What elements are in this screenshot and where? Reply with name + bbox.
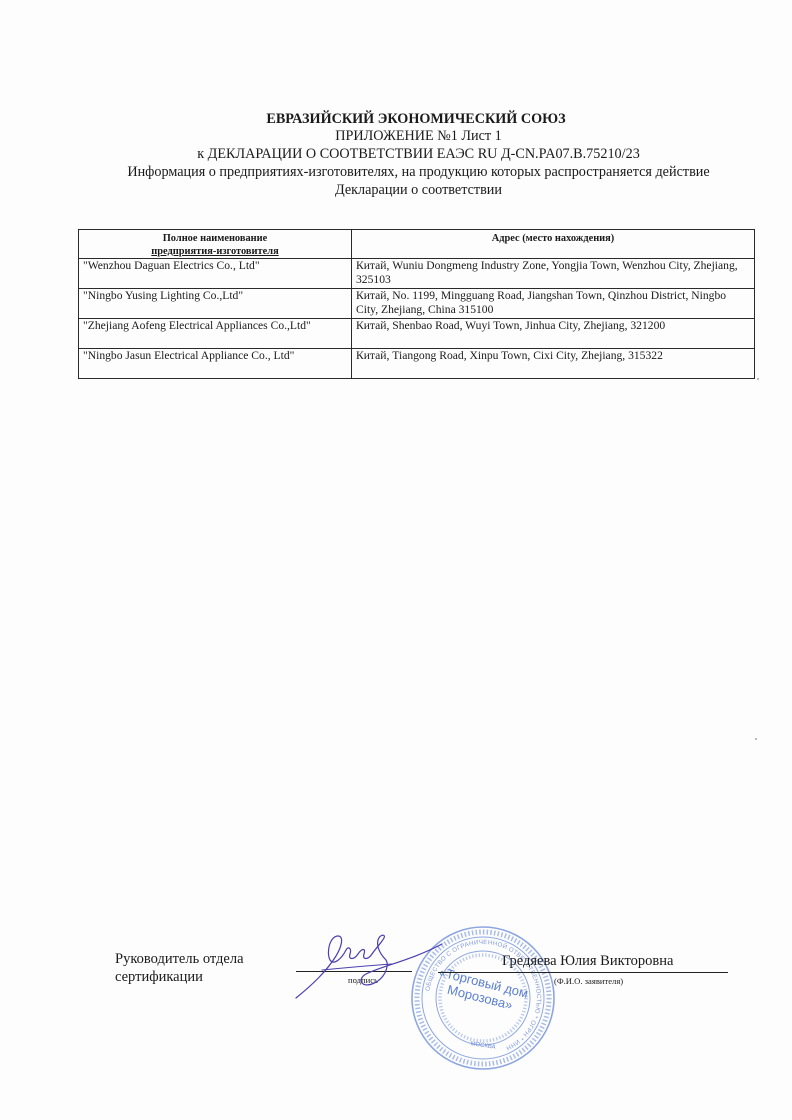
document-page: ЕВРАЗИЙСКИЙ ЭКОНОМИЧЕСКИЙ СОЮЗ ПРИЛОЖЕНИ… [0,0,792,1120]
scan-artifact [757,378,759,380]
signer-name-caption: (Ф.И.О. заявителя) [554,976,623,986]
signer-name: Гредяева Юлия Викторовна [502,953,673,970]
signer-role-line2: сертификации [115,968,244,986]
signer-role-line1: Руководитель отдела [115,950,244,968]
scan-artifact [755,738,757,740]
name-line [438,972,728,973]
handwritten-signature-icon [292,930,452,1000]
signature-block: Руководитель отдела сертификации ОБЩЕСТВ… [0,0,792,1120]
signer-role: Руководитель отдела сертификации [115,950,244,986]
